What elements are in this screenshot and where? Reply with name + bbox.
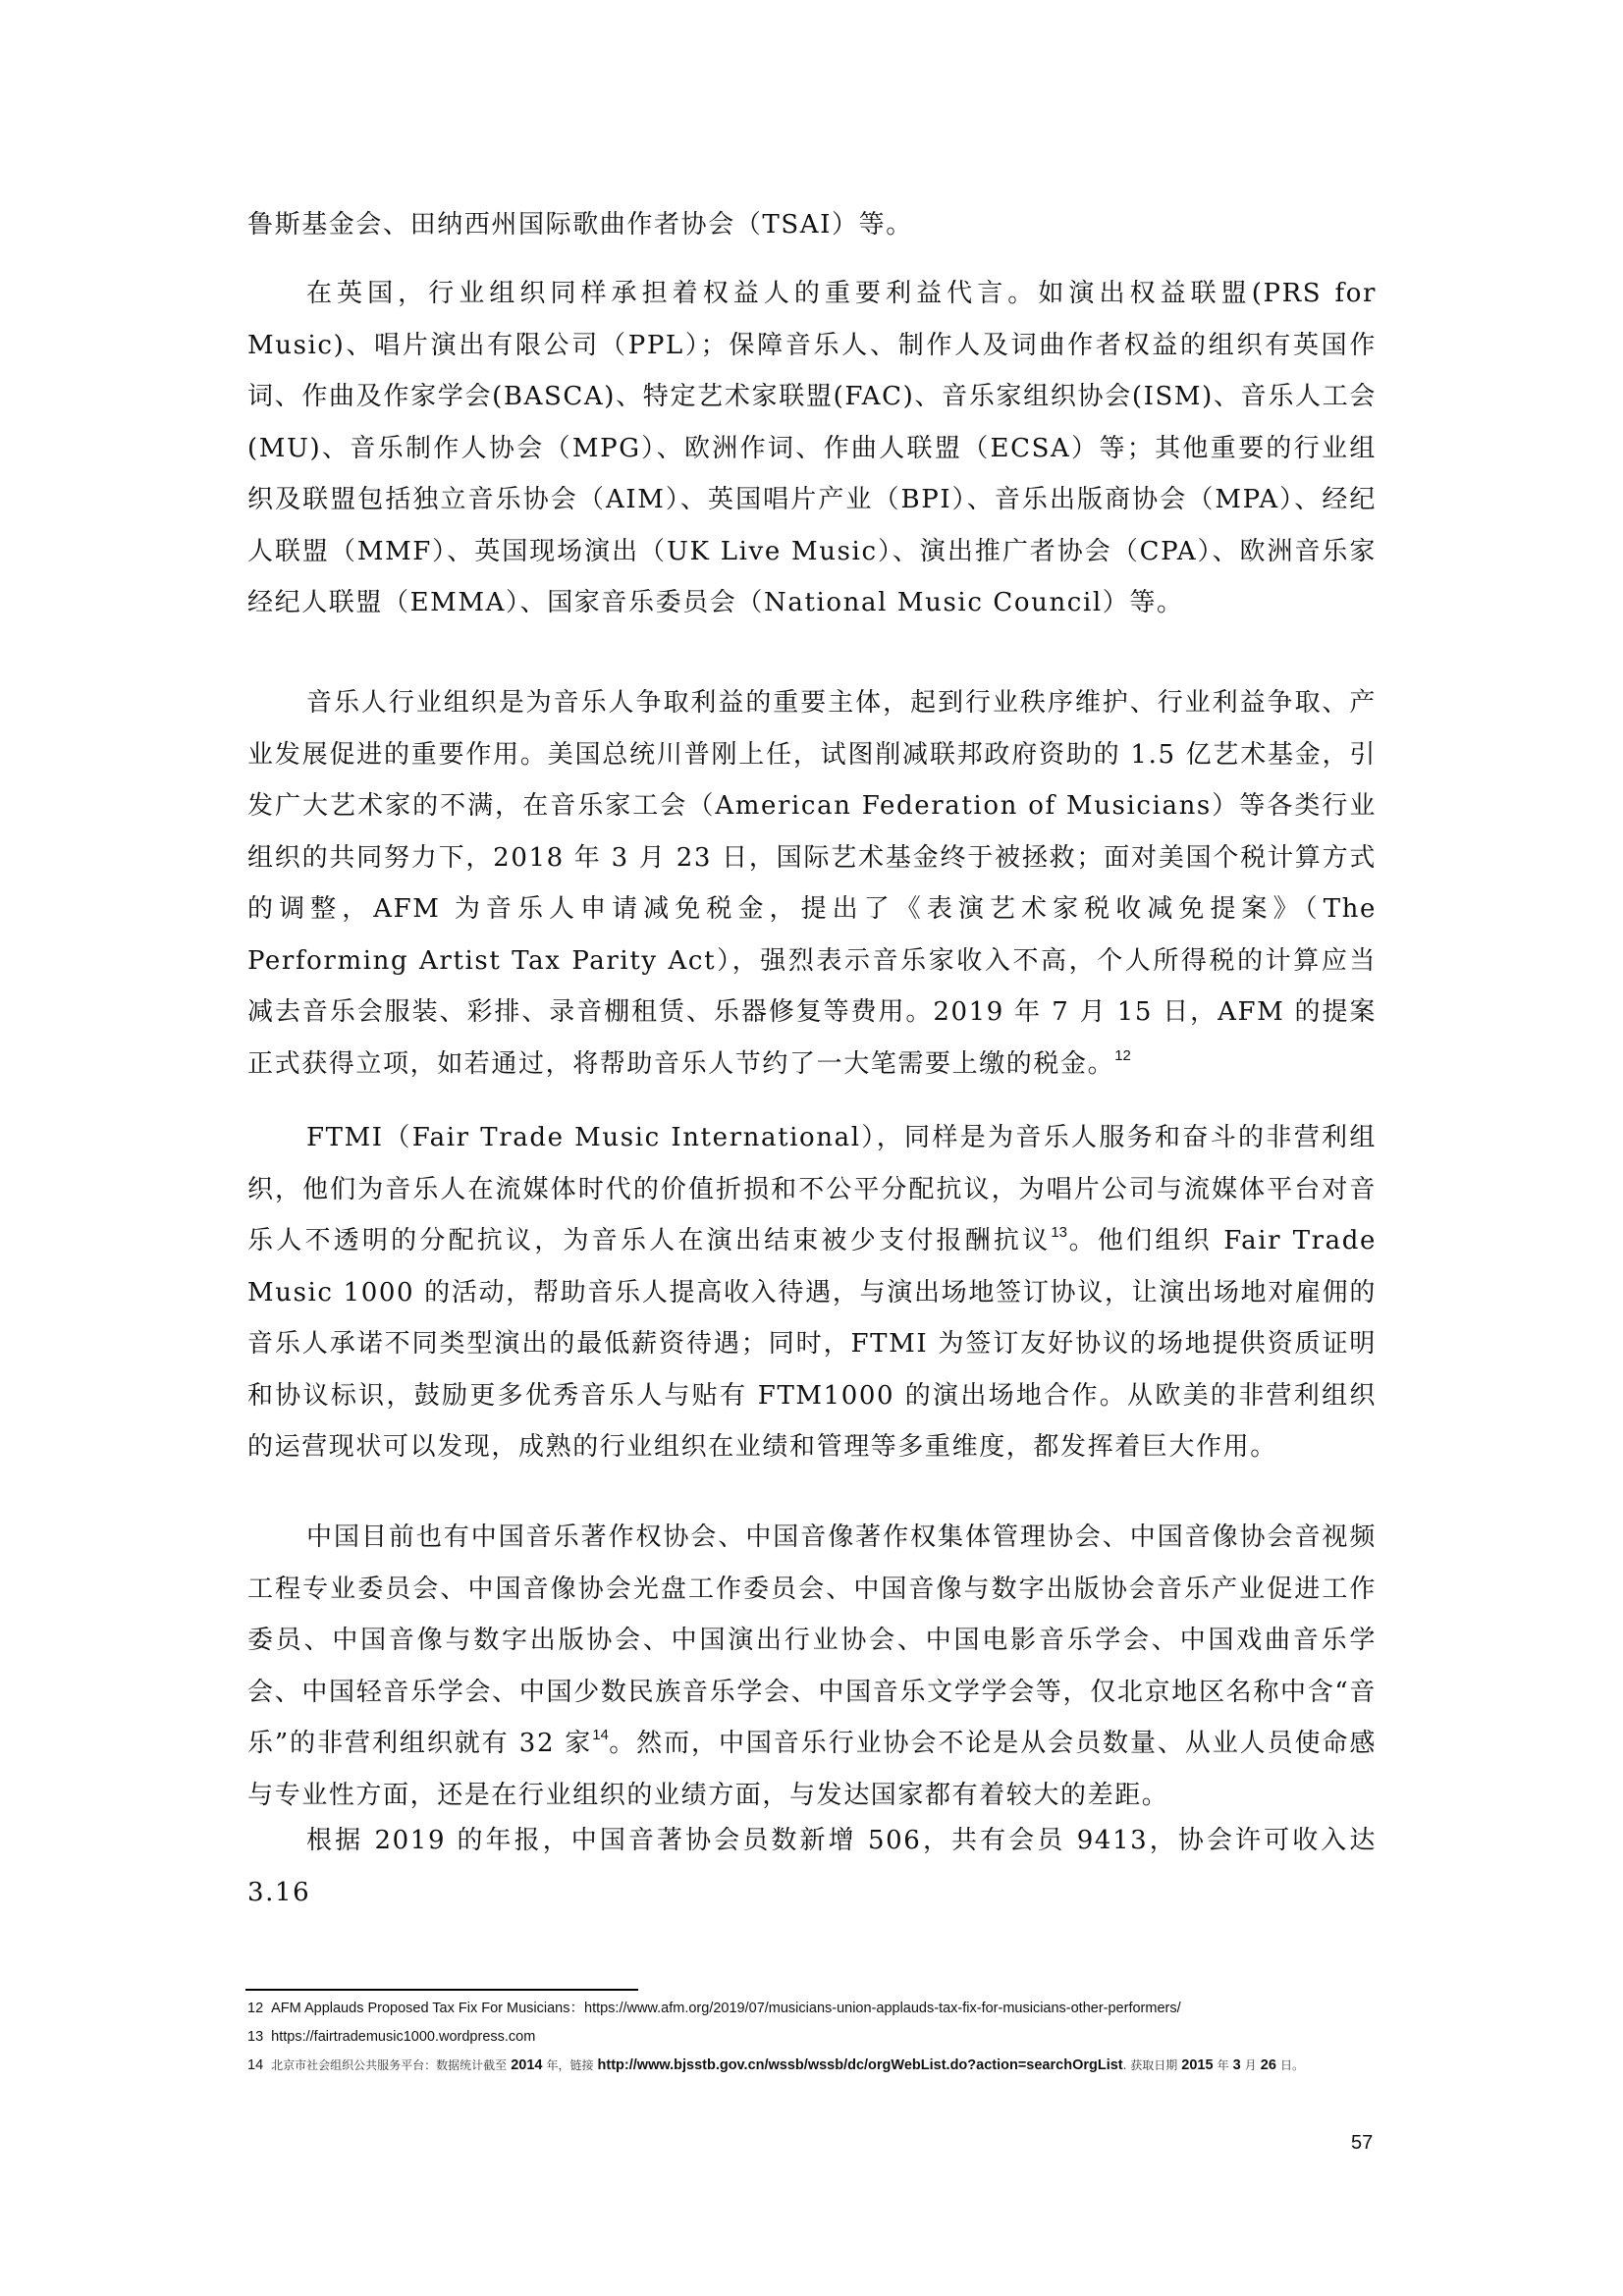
footnote-ref-13[interactable]: 13 — [1051, 1224, 1067, 1241]
footnote-number: 13 — [247, 2029, 263, 2045]
footnote-access-year: 2015 — [1181, 2057, 1213, 2073]
footnote-year-unit: 年，链接 — [546, 2058, 593, 2072]
footnote-14: 14北京市社会组织公共服务平台：数据统计截至 2014 年，链接 http://… — [247, 2054, 1426, 2082]
footnote-link[interactable]: https://www.afm.org/2019/07/musicians-un… — [584, 2001, 1181, 2016]
footnotes: 12AFM Applauds Proposed Tax Fix For Musi… — [247, 1997, 1426, 2082]
footnote-access-d: 日。 — [1280, 2058, 1304, 2072]
footnote-link[interactable]: http://www.bjsstb.gov.cn/wssb/wssb/dc/or… — [598, 2057, 1123, 2073]
paragraph-ftmi: FTMI（Fair Trade Music International），同样是… — [247, 1112, 1377, 1473]
footnote-access-prefix: . 获取日期 — [1123, 2058, 1178, 2072]
footnote-title: AFM Applauds Proposed Tax Fix For Musici… — [271, 2001, 584, 2016]
footnote-separator — [245, 1989, 638, 1991]
footnote-source: 北京市社会组织公共服务平台：数据统计截至 — [271, 2058, 507, 2072]
footnote-year: 2014 — [511, 2057, 542, 2073]
footnote-access-month: 3 — [1233, 2057, 1241, 2073]
paragraph-text-after: 。他们组织 Fair Trade Music 1000 的活动，帮助音乐人提高收… — [247, 1226, 1377, 1462]
footnote-number: 14 — [247, 2057, 263, 2073]
footnote-ref-12[interactable]: 12 — [1114, 1047, 1131, 1064]
paragraph-annual-report: 根据 2019 的年报，中国音著协会员数新增 506，共有会员 9413，协会许… — [247, 1815, 1377, 1918]
footnote-access-day: 26 — [1261, 2057, 1276, 2073]
paragraph-text-before: 中国目前也有中国音乐著作权协会、中国音像著作权集体管理协会、中国音像协会音视频工… — [247, 1522, 1377, 1758]
paragraph-text: 音乐人行业组织是为音乐人争取利益的重要主体，起到行业秩序维护、行业利益争取、产业… — [247, 688, 1377, 1079]
footnote-12: 12AFM Applauds Proposed Tax Fix For Musi… — [247, 1997, 1426, 2025]
footnote-access-y: 年 — [1217, 2058, 1229, 2072]
footnote-ref-14[interactable]: 14 — [592, 1727, 609, 1743]
paragraph-uk-organizations: 在英国，行业组织同样承担着权益人的重要利益代言。如演出权益联盟(PRS for … — [247, 268, 1377, 629]
paragraph-china-organizations: 中国目前也有中国音乐著作权协会、中国音像著作权集体管理协会、中国音像协会音视频工… — [247, 1512, 1377, 1821]
footnote-13: 13https://fairtrademusic1000.wordpress.c… — [247, 2025, 1426, 2054]
footnote-number: 12 — [247, 2001, 263, 2016]
footnote-link[interactable]: https://fairtrademusic1000.wordpress.com — [271, 2029, 535, 2045]
page-number: 57 — [1351, 2132, 1373, 2155]
footnote-access-m: 月 — [1245, 2058, 1257, 2072]
paragraph-continuation: 鲁斯基金会、田纳西州国际歌曲作者协会（TSAI）等。 — [247, 199, 1377, 251]
paragraph-us-afm: 音乐人行业组织是为音乐人争取利益的重要主体，起到行业秩序维护、行业利益争取、产业… — [247, 677, 1377, 1090]
